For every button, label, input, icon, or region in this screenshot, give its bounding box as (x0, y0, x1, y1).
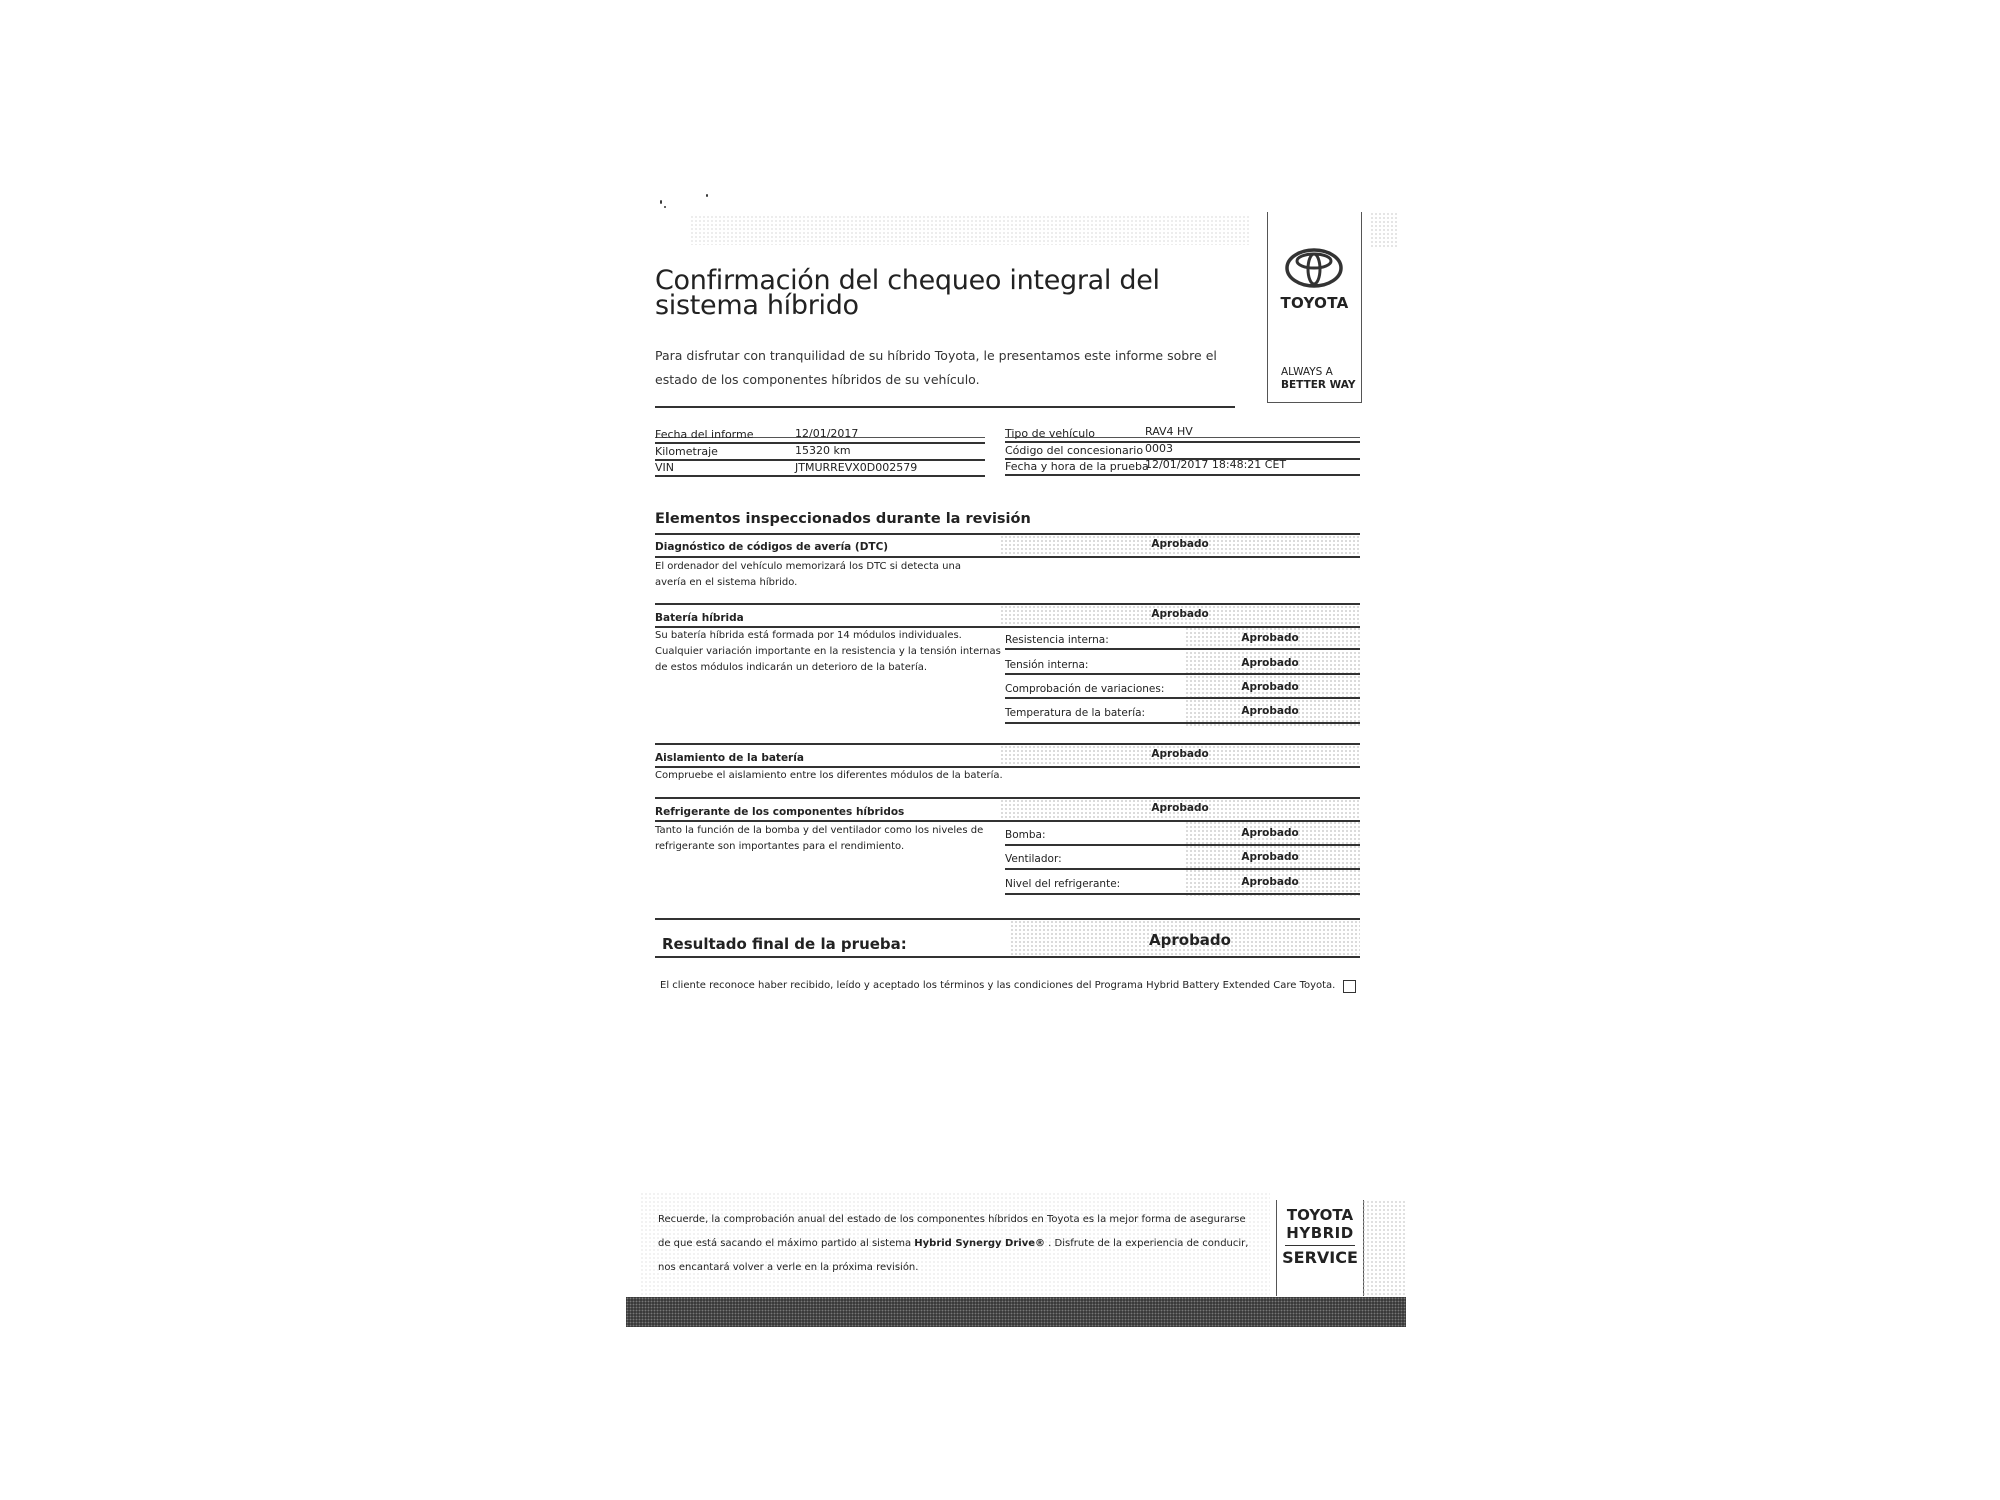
footer-text-fragment: . Disfrute de la experiencia de conducir… (1045, 1238, 1248, 1249)
label-vehicle-type: Tipo de vehículo (1005, 427, 1095, 440)
divider (1005, 844, 1360, 846)
section-desc-coolant: Tanto la función de la bomba y del venti… (655, 823, 983, 855)
document-title: Confirmación del chequeo integral del si… (655, 268, 1255, 318)
toyota-emblem-icon (1285, 248, 1343, 288)
desc-line: Compruebe el aislamiento entre los difer… (655, 768, 1003, 784)
divider (655, 956, 1360, 958)
check-status-internal-resistance: Aprobado (1215, 632, 1325, 644)
divider (655, 556, 1360, 558)
scan-noise (1370, 212, 1398, 248)
hybrid-synergy-drive-mention: Hybrid Synergy Drive® (914, 1238, 1045, 1249)
label-report-date: Fecha del informe (655, 428, 754, 441)
footer-line-1: Recuerde, la comprobación anual del esta… (658, 1208, 1268, 1232)
label-vin: VIN (655, 461, 674, 474)
footer-line-2: de que está sacando el máximo partido al… (658, 1232, 1268, 1256)
value-vin: JTMURREVX0D002579 (795, 461, 917, 474)
desc-line: avería en el sistema híbrido. (655, 575, 961, 591)
toyota-wordmark: TOYOTA (1268, 294, 1361, 312)
slogan-line-2: BETTER WAY (1281, 379, 1356, 392)
value-mileage: 15320 km (795, 444, 851, 457)
check-status-pump: Aprobado (1215, 827, 1325, 839)
divider (1005, 648, 1360, 650)
check-status-fan: Aprobado (1215, 851, 1325, 863)
footer-dark-band (626, 1297, 1406, 1327)
footer-reminder: Recuerde, la comprobación anual del esta… (658, 1208, 1268, 1280)
scan-speck (660, 200, 662, 204)
label-test-datetime: Fecha y hora de la prueba (1005, 460, 1149, 473)
desc-line: de estos módulos indicarán un deterioro … (655, 660, 1001, 676)
section-desc-dtc: El ordenador del vehículo memorizará los… (655, 559, 961, 591)
slogan: ALWAYS A BETTER WAY (1281, 366, 1356, 392)
section-desc-battery: Su batería híbrida está formada por 14 m… (655, 628, 1001, 676)
service-logo-line-3: SERVICE (1277, 1248, 1363, 1267)
check-status-coolant-level: Aprobado (1215, 876, 1325, 888)
label-dealer-code: Código del concesionario (1005, 444, 1143, 457)
slogan-line-1: ALWAYS A (1281, 366, 1356, 379)
divider (655, 406, 1235, 408)
toyota-logo-box: TOYOTA ALWAYS A BETTER WAY (1267, 212, 1362, 403)
status-battery: Aprobado (1110, 608, 1250, 620)
check-label-internal-voltage: Tensión interna: (1005, 659, 1088, 671)
status-insulation: Aprobado (1110, 748, 1250, 760)
divider (1005, 673, 1360, 675)
check-label-pump: Bomba: (1005, 829, 1046, 841)
section-title-insulation: Aislamiento de la batería (655, 752, 804, 764)
divider (1005, 697, 1360, 699)
final-result-status: Aprobado (1100, 931, 1280, 949)
check-status-internal-voltage: Aprobado (1215, 657, 1325, 669)
section-title-coolant: Refrigerante de los componentes híbridos (655, 806, 904, 818)
value-report-date: 12/01/2017 (795, 427, 858, 440)
intro-paragraph: Para disfrutar con tranquilidad de su hí… (655, 344, 1235, 392)
final-result-label: Resultado final de la prueba: (662, 935, 907, 953)
desc-line: Su batería híbrida está formada por 14 m… (655, 628, 1001, 644)
service-logo-rule (1285, 1245, 1355, 1246)
check-status-battery-temp: Aprobado (1215, 705, 1325, 717)
divider (1005, 868, 1360, 870)
scan-speck (664, 206, 666, 208)
footer-text-fragment: de que está sacando el máximo partido al… (658, 1238, 914, 1249)
desc-line: refrigerante son importantes para el ren… (655, 839, 983, 855)
divider (1005, 893, 1360, 895)
consent-text: El cliente reconoce haber recibido, leíd… (660, 980, 1335, 991)
value-test-datetime: 12/01/2017 18:48:21 CET (1145, 458, 1286, 471)
label-mileage: Kilometraje (655, 445, 718, 458)
toyota-hybrid-service-logo: TOYOTA HYBRID SERVICE (1276, 1200, 1364, 1296)
check-label-internal-resistance: Resistencia interna: (1005, 634, 1109, 646)
status-dtc: Aprobado (1110, 538, 1250, 550)
consent-checkbox[interactable] (1343, 980, 1356, 993)
service-logo-line-1: TOYOTA (1277, 1206, 1363, 1224)
check-status-variation: Aprobado (1215, 681, 1325, 693)
divider (655, 475, 985, 477)
status-coolant: Aprobado (1110, 802, 1250, 814)
value-vehicle-type: RAV4 HV (1145, 425, 1193, 438)
service-logo-line-2: HYBRID (1277, 1224, 1363, 1242)
check-label-variation: Comprobación de variaciones: (1005, 683, 1164, 695)
scan-noise (1362, 1200, 1406, 1297)
section-desc-insulation: Compruebe el aislamiento entre los difer… (655, 768, 1003, 784)
divider (1005, 474, 1360, 476)
divider (1005, 722, 1360, 724)
desc-line: Tanto la función de la bomba y del venti… (655, 823, 983, 839)
divider (1005, 441, 1360, 443)
scanned-document-page: Confirmación del chequeo integral del si… (0, 0, 2000, 1500)
check-label-fan: Ventilador: (1005, 853, 1062, 865)
value-dealer-code: 0003 (1145, 442, 1173, 455)
footer-line-3: nos encantará volver a verle en la próxi… (658, 1256, 1268, 1280)
check-label-coolant-level: Nivel del refrigerante: (1005, 878, 1120, 890)
desc-line: El ordenador del vehículo memorizará los… (655, 559, 961, 575)
desc-line: Cualquier variación importante en la res… (655, 644, 1001, 660)
scan-noise (690, 215, 1250, 245)
section-title-battery: Batería híbrida (655, 612, 744, 624)
scan-speck (706, 194, 708, 197)
section-title-dtc: Diagnóstico de códigos de avería (DTC) (655, 541, 888, 553)
check-label-battery-temp: Temperatura de la batería: (1005, 707, 1145, 719)
inspection-heading: Elementos inspeccionados durante la revi… (655, 511, 1031, 527)
